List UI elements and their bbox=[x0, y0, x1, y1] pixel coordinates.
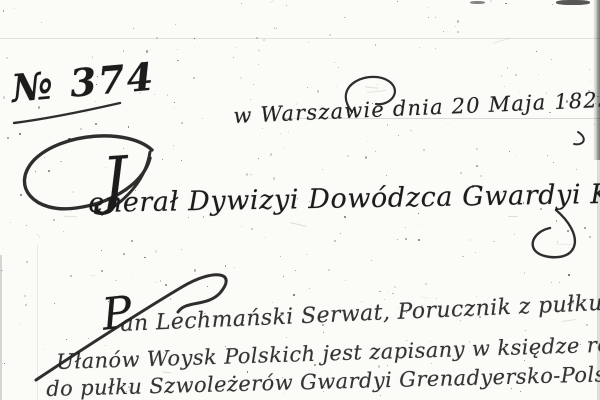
speck bbox=[435, 48, 436, 49]
speck bbox=[375, 151, 376, 152]
speck bbox=[35, 171, 37, 173]
speck bbox=[515, 156, 516, 157]
speck bbox=[194, 47, 195, 48]
speck bbox=[60, 161, 62, 162]
speck bbox=[322, 169, 323, 170]
speck bbox=[193, 77, 195, 80]
speck bbox=[584, 227, 586, 230]
speck bbox=[70, 275, 72, 277]
speck bbox=[559, 282, 560, 283]
speck bbox=[428, 7, 429, 8]
speck bbox=[435, 17, 436, 18]
speck bbox=[323, 332, 325, 333]
speck bbox=[344, 216, 346, 219]
speck bbox=[538, 74, 539, 75]
speck bbox=[1, 270, 2, 271]
speck bbox=[48, 170, 50, 172]
speck bbox=[274, 27, 275, 29]
speck bbox=[68, 138, 70, 140]
right-edge-shadow bbox=[593, 0, 600, 160]
speck bbox=[425, 283, 427, 285]
speck bbox=[509, 151, 510, 152]
speck bbox=[258, 64, 259, 66]
speck bbox=[293, 294, 295, 296]
speck bbox=[264, 237, 266, 238]
scanned-document-page: № 374 w Warszawie dnia 20 Maja 1823. J e… bbox=[0, 0, 600, 400]
speck bbox=[547, 155, 548, 156]
speck bbox=[379, 291, 381, 292]
speck bbox=[419, 47, 420, 48]
speck bbox=[283, 276, 284, 277]
speck bbox=[556, 220, 557, 222]
speck bbox=[177, 60, 178, 61]
paper-fiber bbox=[555, 243, 574, 245]
speck bbox=[241, 226, 242, 227]
speck bbox=[156, 282, 157, 283]
paper-fiber bbox=[508, 216, 519, 217]
paper-fiber bbox=[562, 319, 576, 322]
speck bbox=[387, 365, 388, 366]
speck bbox=[123, 50, 125, 52]
speck bbox=[202, 118, 203, 119]
speck bbox=[328, 269, 330, 270]
document-number: № 374 bbox=[10, 57, 157, 107]
speck bbox=[72, 191, 74, 193]
top-smudge-2 bbox=[470, 1, 485, 4]
speck bbox=[334, 240, 335, 241]
speck bbox=[162, 159, 163, 160]
speck bbox=[380, 395, 381, 396]
speck bbox=[66, 339, 67, 341]
speck bbox=[207, 286, 208, 287]
speck bbox=[520, 391, 521, 392]
speck bbox=[460, 172, 462, 174]
speck bbox=[589, 69, 590, 70]
speck bbox=[150, 49, 151, 50]
speck bbox=[344, 17, 346, 18]
speck bbox=[480, 175, 482, 177]
paper-fiber bbox=[64, 216, 77, 217]
speck bbox=[505, 3, 507, 4]
speck bbox=[167, 94, 168, 96]
speck bbox=[418, 239, 420, 241]
speck bbox=[194, 269, 196, 272]
speck bbox=[7, 137, 9, 139]
speck bbox=[514, 234, 515, 235]
paper-fiber bbox=[365, 86, 378, 89]
speck bbox=[188, 217, 189, 218]
speck bbox=[405, 227, 406, 228]
speck bbox=[551, 282, 552, 283]
speck bbox=[515, 74, 517, 76]
speck bbox=[19, 324, 21, 326]
speck bbox=[96, 341, 97, 343]
speck bbox=[386, 175, 387, 176]
speck bbox=[507, 67, 509, 69]
speck bbox=[262, 128, 263, 129]
speck bbox=[443, 31, 444, 32]
speck bbox=[493, 241, 494, 242]
speck bbox=[423, 149, 425, 151]
paper-fiber bbox=[270, 0, 274, 2]
speck bbox=[92, 56, 93, 58]
speck bbox=[250, 174, 252, 175]
speck bbox=[235, 47, 236, 48]
speck bbox=[190, 290, 191, 292]
speck bbox=[347, 155, 349, 157]
speck bbox=[256, 37, 258, 40]
speck bbox=[317, 90, 319, 92]
speck bbox=[24, 295, 26, 296]
speck bbox=[431, 363, 432, 364]
speck bbox=[334, 62, 335, 63]
speck bbox=[146, 50, 148, 52]
speck bbox=[144, 257, 146, 258]
speck bbox=[25, 304, 27, 306]
speck bbox=[469, 239, 471, 241]
speck bbox=[553, 162, 554, 163]
speck bbox=[576, 169, 577, 170]
speck bbox=[128, 126, 130, 127]
speck bbox=[156, 37, 158, 39]
speck bbox=[240, 77, 242, 79]
paper-fiber bbox=[367, 90, 386, 93]
speck bbox=[283, 148, 284, 149]
speck bbox=[447, 123, 449, 124]
dateline-tail-flourish bbox=[574, 132, 584, 144]
speck bbox=[174, 102, 175, 103]
speck bbox=[410, 130, 412, 132]
speck bbox=[594, 124, 595, 125]
speck bbox=[397, 1, 398, 2]
speck bbox=[377, 84, 378, 85]
speck bbox=[525, 330, 526, 331]
speck bbox=[387, 124, 388, 126]
speck bbox=[20, 194, 22, 197]
speck bbox=[53, 219, 54, 221]
speck bbox=[95, 123, 97, 125]
speck bbox=[457, 31, 459, 32]
speck bbox=[101, 250, 102, 251]
speck bbox=[590, 81, 591, 82]
speck bbox=[131, 240, 133, 242]
speck bbox=[253, 84, 254, 85]
speck bbox=[457, 20, 459, 22]
speck bbox=[490, 0, 492, 1]
speck bbox=[462, 256, 464, 257]
speck bbox=[272, 302, 273, 303]
speck bbox=[246, 173, 248, 176]
speck bbox=[329, 34, 330, 36]
speck bbox=[455, 26, 456, 28]
speck bbox=[371, 260, 372, 261]
speck bbox=[589, 236, 591, 238]
speck bbox=[338, 67, 339, 68]
speck bbox=[133, 28, 134, 29]
speck bbox=[123, 253, 125, 255]
speck bbox=[160, 280, 161, 282]
speck bbox=[4, 360, 5, 361]
speck bbox=[586, 324, 588, 326]
speck bbox=[475, 252, 476, 253]
speck bbox=[345, 280, 346, 281]
speck bbox=[54, 303, 55, 304]
speck bbox=[131, 273, 132, 274]
speck bbox=[476, 165, 478, 167]
speck bbox=[270, 153, 272, 156]
speck bbox=[280, 256, 281, 258]
body-line1-text: an Lechmański Serwat, Porucznik z pułku … bbox=[120, 290, 600, 337]
speck bbox=[306, 254, 308, 256]
speck bbox=[173, 145, 174, 146]
speck bbox=[567, 230, 569, 232]
speck bbox=[41, 22, 42, 23]
speck bbox=[365, 156, 367, 159]
speck bbox=[165, 284, 167, 286]
speck bbox=[80, 128, 82, 131]
speck bbox=[280, 133, 281, 134]
scan-line-top bbox=[0, 38, 600, 39]
speck bbox=[26, 261, 28, 263]
speck bbox=[571, 248, 572, 249]
speck bbox=[394, 286, 396, 288]
speck bbox=[115, 280, 117, 282]
speck bbox=[476, 148, 478, 150]
speck bbox=[101, 270, 103, 272]
left-edge-strip bbox=[0, 255, 2, 400]
speck bbox=[241, 3, 242, 4]
speck bbox=[173, 149, 174, 150]
dateline: w Warszawie dnia 20 Maja 1823. bbox=[233, 89, 600, 127]
speck bbox=[43, 349, 44, 350]
speck bbox=[258, 49, 260, 52]
speck bbox=[367, 141, 368, 142]
speck bbox=[14, 8, 15, 9]
speck bbox=[405, 238, 407, 240]
speck bbox=[250, 99, 251, 100]
speck bbox=[340, 233, 341, 234]
speck bbox=[504, 86, 505, 87]
speck bbox=[288, 131, 289, 132]
speck bbox=[501, 75, 502, 77]
speck bbox=[286, 337, 287, 338]
speck bbox=[155, 250, 157, 253]
paper-fiber bbox=[90, 275, 96, 277]
speck bbox=[276, 28, 277, 29]
top-right-smudge bbox=[556, 0, 590, 5]
speck bbox=[263, 39, 265, 41]
speck bbox=[88, 338, 89, 339]
speck bbox=[388, 292, 389, 293]
speck bbox=[273, 177, 275, 180]
speck bbox=[308, 42, 310, 44]
speck bbox=[181, 122, 183, 124]
speck bbox=[170, 298, 172, 300]
speck bbox=[536, 51, 537, 52]
speck bbox=[105, 345, 107, 346]
speck bbox=[307, 87, 308, 88]
speck bbox=[181, 249, 182, 250]
speck bbox=[568, 274, 569, 276]
paper-fiber bbox=[494, 37, 512, 43]
paper-fiber bbox=[290, 222, 306, 227]
speck bbox=[63, 231, 64, 232]
speck bbox=[258, 158, 259, 159]
speck bbox=[6, 57, 8, 60]
speck bbox=[392, 293, 394, 294]
fold-line bbox=[37, 245, 38, 400]
heading-descender-flourish bbox=[533, 210, 575, 257]
speck bbox=[39, 236, 40, 237]
speck bbox=[295, 270, 296, 271]
body-line1: an Lechmański Serwat, Porucznik z pułku … bbox=[120, 291, 600, 336]
speck bbox=[225, 265, 227, 267]
speck bbox=[3, 10, 5, 12]
speck bbox=[552, 4, 553, 5]
speck bbox=[418, 225, 419, 226]
speck bbox=[10, 222, 11, 223]
speck bbox=[4, 363, 5, 364]
speck bbox=[398, 135, 399, 136]
speck bbox=[19, 133, 21, 135]
speck bbox=[375, 44, 376, 46]
speck bbox=[234, 267, 235, 268]
speck bbox=[576, 140, 577, 141]
heading-text: enerał Dywizyi Dowódzca Gwardyi Królewsk… bbox=[88, 178, 600, 217]
speck bbox=[557, 241, 558, 243]
speck bbox=[251, 228, 253, 230]
speck bbox=[181, 160, 182, 161]
speck bbox=[26, 225, 27, 226]
speck bbox=[177, 49, 178, 50]
speck bbox=[524, 272, 526, 274]
speck bbox=[3, 96, 5, 98]
speck bbox=[194, 38, 195, 39]
